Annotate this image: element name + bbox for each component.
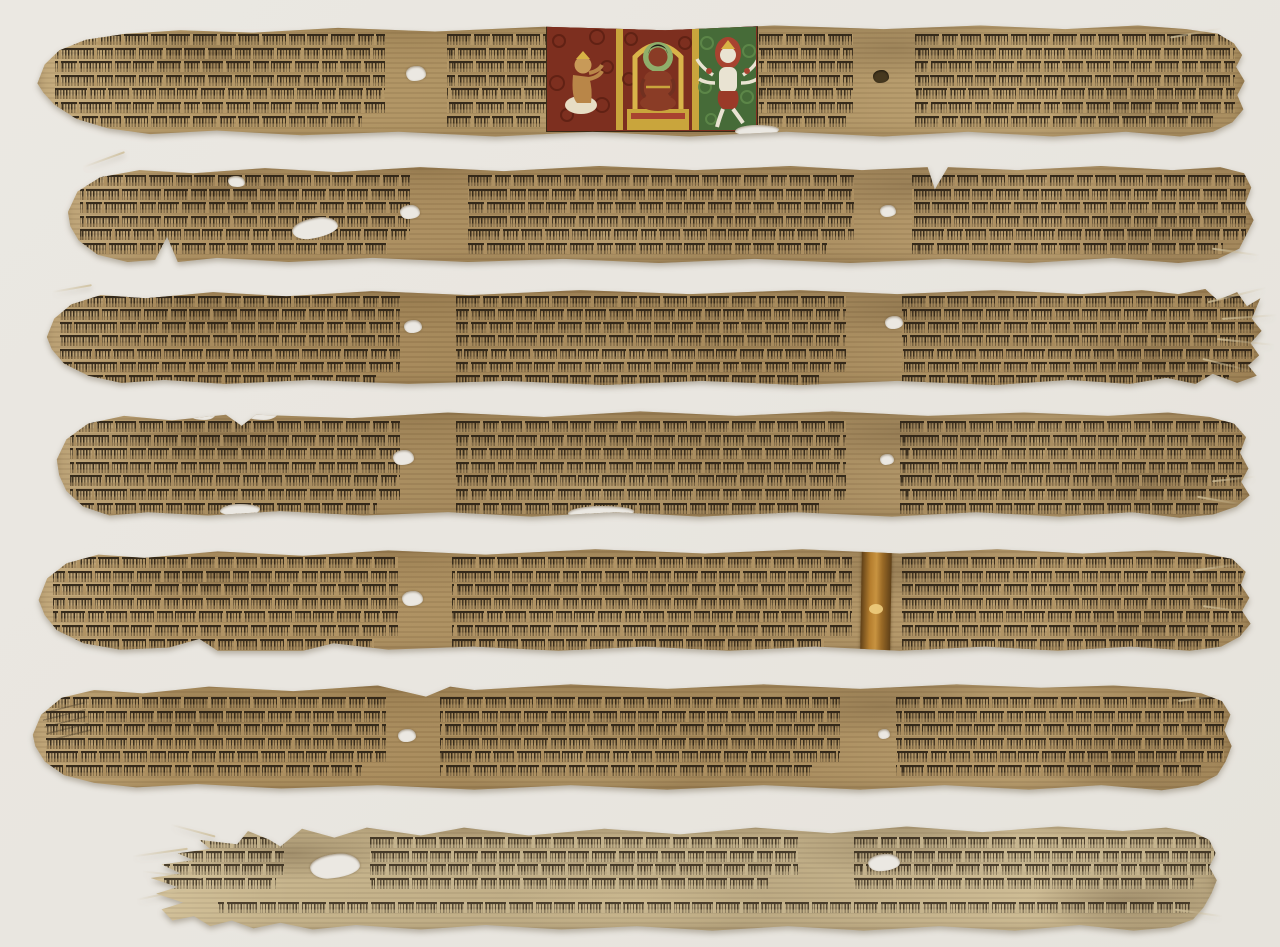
script-line: [915, 75, 1235, 86]
script-column: [60, 296, 400, 388]
script-line: [164, 837, 284, 848]
script-line: [46, 738, 386, 749]
script-column: [902, 296, 1254, 388]
script-column: [440, 697, 840, 793]
string-hole-left-5: [402, 591, 423, 606]
script-line: [80, 175, 410, 186]
script-line: [447, 34, 547, 45]
script-line: [46, 697, 386, 708]
script-line: [440, 711, 840, 722]
script-column: [164, 837, 284, 934]
script-line: [896, 697, 1224, 708]
repair-band: [860, 544, 892, 657]
script-line: [452, 639, 824, 650]
script-column: [912, 175, 1246, 265]
script-line: [70, 435, 400, 446]
script-line: [370, 837, 798, 848]
script-line: [902, 584, 1243, 595]
script-line: [164, 864, 284, 875]
miniature-painting: [546, 26, 758, 132]
string-hole-left-1: [406, 66, 426, 81]
script-line: [440, 724, 840, 735]
script-line: [46, 751, 386, 762]
script-line: [370, 864, 798, 875]
script-line: [60, 309, 400, 320]
script-line: [53, 625, 398, 636]
script-line: [440, 751, 840, 762]
string-hole-margin: [398, 557, 452, 654]
script-line: [60, 349, 400, 360]
palm-leaf-folio-2: [62, 163, 1256, 265]
script-column: [896, 697, 1224, 793]
script-line: [759, 34, 853, 45]
buddha-figure: [640, 42, 676, 111]
script-line: [854, 864, 1220, 875]
script-line: [456, 435, 846, 446]
script-line: [456, 349, 846, 360]
string-hole-margin: [385, 34, 447, 140]
string-hole-margin: [410, 175, 468, 265]
script-line: [912, 189, 1246, 200]
string-hole-margin: [386, 697, 440, 793]
script-line: [456, 503, 819, 514]
script-line: [912, 202, 1246, 213]
script-column: [915, 34, 1235, 140]
script-line: [902, 335, 1254, 346]
script-line: [900, 448, 1242, 459]
script-line: [912, 243, 1223, 254]
repair-glint: [869, 604, 883, 614]
script-line: [440, 765, 812, 776]
script-line: [456, 296, 846, 307]
script-line: [447, 48, 547, 59]
script-line: [70, 448, 400, 459]
script-line: [70, 462, 400, 473]
script-column: [80, 175, 410, 265]
script-line: [902, 639, 1219, 650]
script-line: [896, 765, 1201, 776]
edge-chip: [735, 125, 779, 136]
string-hole-right-2: [880, 205, 896, 217]
script-line: [452, 571, 852, 582]
script-column: [55, 34, 385, 140]
script-line: [915, 102, 1235, 113]
script-line: [440, 738, 840, 749]
script-line: [759, 116, 846, 127]
script-line: [902, 309, 1254, 320]
script-line: [60, 362, 400, 373]
script-line: [447, 61, 547, 72]
script-line: [456, 421, 846, 432]
script-line: [46, 724, 386, 735]
string-hole-margin: [284, 837, 370, 934]
script-line: [164, 851, 284, 862]
string-hole-left-4: [393, 450, 414, 465]
script-line: [896, 724, 1224, 735]
script-line: [55, 48, 385, 59]
script-line: [902, 296, 1254, 307]
manuscript-photograph: [0, 0, 1280, 947]
script-line: [55, 116, 362, 127]
script-line: [46, 765, 362, 776]
script-line: [900, 462, 1242, 473]
script-line: [70, 489, 400, 500]
script-line: [915, 116, 1213, 127]
script-column: [456, 296, 846, 388]
script-line: [60, 296, 400, 307]
script-columns: [140, 822, 1220, 934]
script-line: [440, 697, 840, 708]
script-line: [447, 116, 540, 127]
script-line: [370, 878, 768, 889]
script-line: [468, 202, 854, 213]
script-line: [900, 475, 1242, 486]
script-line: [759, 61, 853, 72]
script-column: [370, 837, 798, 934]
script-line: [915, 88, 1235, 99]
script-line: [468, 175, 854, 186]
script-line: [912, 175, 1246, 186]
script-line: [468, 189, 854, 200]
script-line: [55, 34, 385, 45]
palm-leaf-folio-5: [35, 546, 1253, 654]
script-line: [456, 448, 846, 459]
script-line: [370, 851, 798, 862]
string-hole-margin: [400, 421, 456, 520]
script-line: [912, 229, 1246, 240]
script-line: [447, 88, 547, 99]
script-line: [912, 216, 1246, 227]
script-line: [456, 462, 846, 473]
script-column: [854, 837, 1220, 934]
script-line: [759, 102, 853, 113]
script-line: [900, 503, 1218, 514]
script-line: [902, 611, 1243, 622]
gold-pillar-2: [692, 27, 699, 130]
script-line: [854, 851, 1220, 862]
palm-leaf-folio-7: [140, 822, 1220, 934]
script-line: [896, 751, 1224, 762]
script-line: [55, 102, 385, 113]
script-line: [902, 375, 1229, 386]
script-line: [452, 584, 852, 595]
script-line: [759, 75, 853, 86]
script-line: [896, 711, 1224, 722]
script-line: [53, 639, 374, 650]
script-line: [70, 475, 400, 486]
throne-base: [627, 109, 689, 130]
script-line: [53, 598, 398, 609]
miniature-svg: [547, 27, 756, 130]
script-column: [902, 557, 1243, 654]
script-line: [902, 349, 1254, 360]
script-line: [468, 229, 854, 240]
script-line: [456, 489, 846, 500]
script-column: [759, 34, 853, 140]
script-line: [456, 322, 846, 333]
script-line: [900, 421, 1242, 432]
string-hole-margin: [846, 296, 902, 388]
script-line: [60, 375, 376, 386]
edge-chip: [568, 506, 634, 519]
string-hole-left-6: [398, 729, 416, 742]
edge-chip: [220, 504, 260, 516]
script-column: [53, 557, 398, 654]
fray-fiber: [52, 285, 92, 294]
script-line: [896, 738, 1224, 749]
script-line: [468, 243, 827, 254]
script-line: [915, 48, 1235, 59]
script-line: [452, 598, 852, 609]
script-line: [55, 61, 385, 72]
script-columns: [35, 546, 1253, 654]
fray-fiber: [171, 824, 216, 837]
miniature-panel-buddha: [623, 27, 693, 130]
script-line: [456, 335, 846, 346]
script-column: [46, 697, 386, 793]
string-hole-right-3: [885, 316, 903, 329]
script-line: [900, 489, 1242, 500]
annotation-line: [218, 902, 1190, 913]
string-hole-right-4: [880, 454, 894, 465]
script-line: [164, 878, 276, 889]
script-line: [456, 375, 819, 386]
script-column: [447, 34, 547, 140]
script-line: [80, 189, 410, 200]
script-line: [46, 711, 386, 722]
script-line: [80, 229, 410, 240]
script-line: [80, 216, 410, 227]
script-line: [759, 48, 853, 59]
string-hole-margin: [798, 837, 854, 934]
script-line: [915, 34, 1235, 45]
script-line: [456, 362, 846, 373]
script-line: [53, 571, 398, 582]
script-line: [902, 625, 1243, 636]
script-line: [902, 322, 1254, 333]
script-line: [80, 243, 387, 254]
string-hole-margin: [854, 175, 912, 265]
script-line: [902, 362, 1254, 373]
script-line: [447, 75, 547, 86]
script-line: [55, 75, 385, 86]
script-line: [60, 322, 400, 333]
script-line: [468, 216, 854, 227]
string-hole-right-1: [873, 70, 889, 83]
script-line: [854, 837, 1220, 848]
palm-leaf-folio-3: [42, 286, 1264, 388]
script-line: [759, 88, 853, 99]
script-line: [915, 61, 1235, 72]
palm-leaf-folio-1: [35, 22, 1247, 140]
script-line: [55, 88, 385, 99]
script-columns: [28, 681, 1234, 793]
script-column: [452, 557, 852, 654]
fray-fiber: [83, 152, 125, 169]
script-columns: [42, 286, 1264, 388]
string-hole-margin: [853, 34, 915, 140]
string-hole-margin: [846, 421, 900, 520]
script-line: [452, 611, 852, 622]
script-columns: [52, 408, 1252, 520]
script-line: [447, 102, 547, 113]
script-line: [456, 475, 846, 486]
string-hole-left-2: [400, 205, 420, 219]
script-line: [60, 335, 400, 346]
script-line: [854, 878, 1194, 889]
script-line: [70, 421, 400, 432]
script-line: [53, 611, 398, 622]
script-column: [456, 421, 846, 520]
script-line: [456, 309, 846, 320]
script-line: [53, 584, 398, 595]
string-hole-right-6: [878, 729, 890, 739]
miniature-panel-donor: [547, 27, 617, 130]
script-line: [452, 557, 852, 568]
script-column: [468, 175, 854, 265]
script-line: [53, 557, 398, 568]
string-hole-margin: [840, 697, 896, 793]
script-line: [902, 598, 1243, 609]
miniature-panel-deity: [697, 27, 756, 130]
script-line: [452, 625, 852, 636]
script-line: [902, 571, 1243, 582]
gold-pillar: [616, 27, 623, 130]
palm-leaf-folio-6: [28, 681, 1234, 793]
script-line: [902, 557, 1243, 568]
string-hole-margin: [400, 296, 456, 388]
string-hole-left-3: [404, 320, 422, 333]
script-column: [900, 421, 1242, 520]
fray-fiber: [132, 848, 188, 857]
script-line: [900, 435, 1242, 446]
script-line: [80, 202, 410, 213]
red-dhoti: [718, 91, 739, 109]
palm-leaf-folio-4: [52, 408, 1252, 520]
